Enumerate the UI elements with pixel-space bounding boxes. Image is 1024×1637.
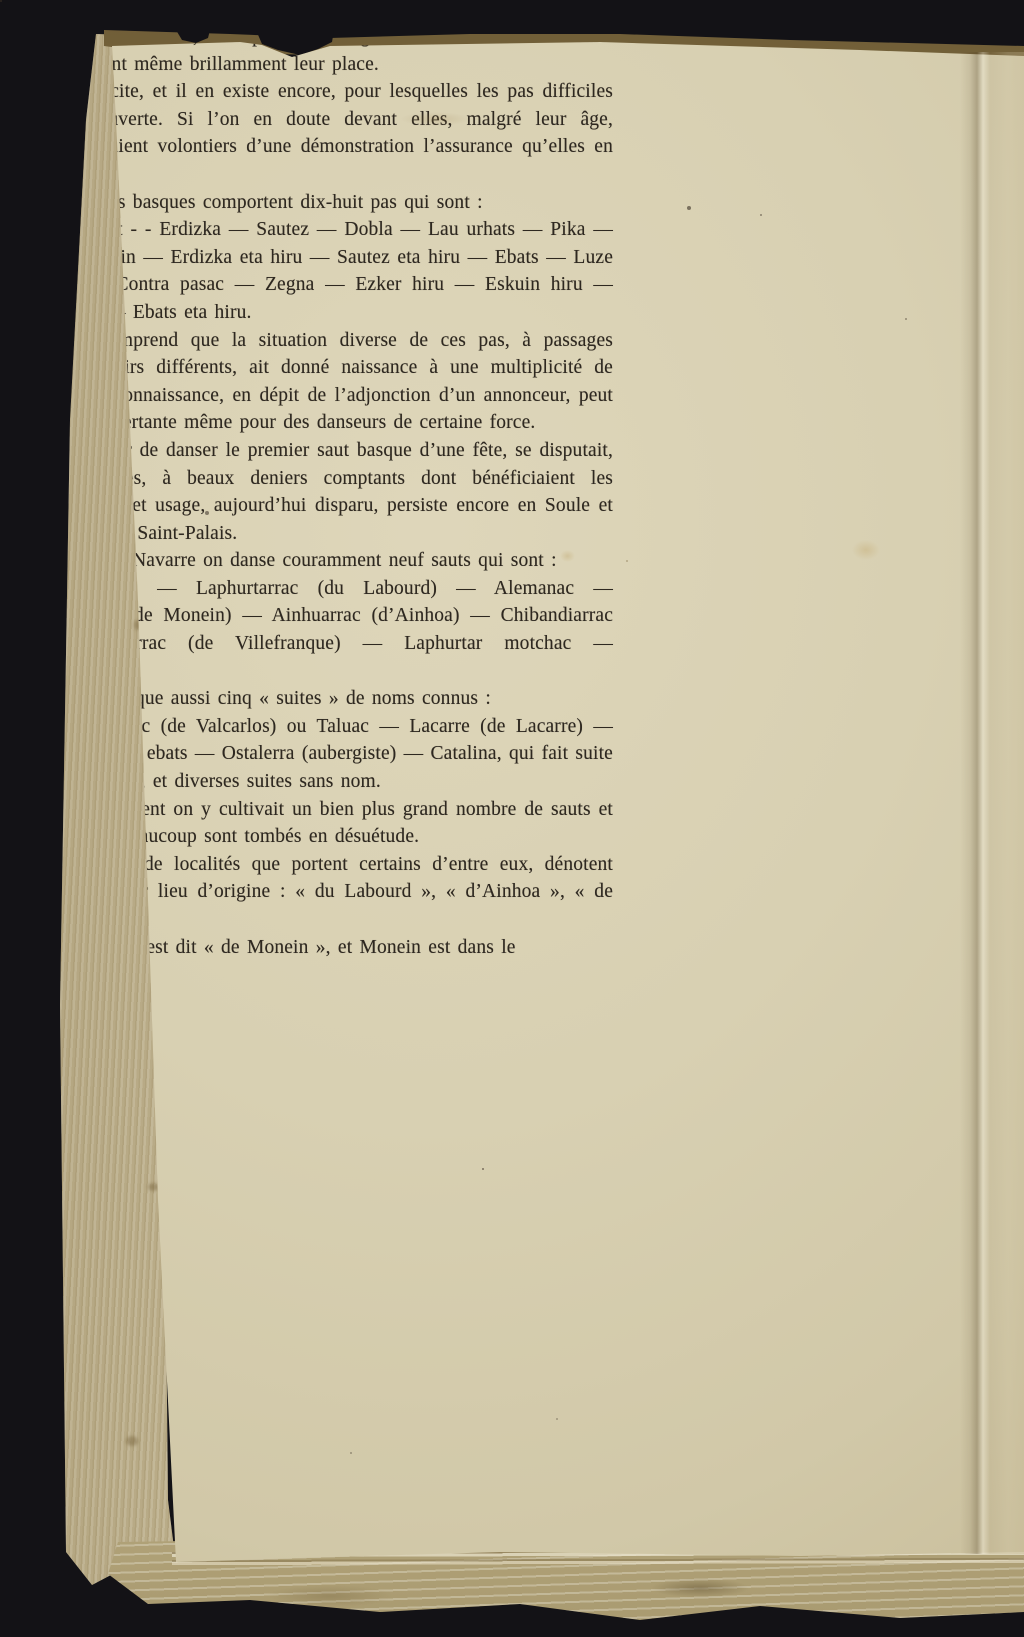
gutter-crease [960,52,1024,1554]
edge-smudge [126,1436,138,1446]
scanned-book-photo: — 28 — toutes les réjouissances, elles p… [0,0,1024,1637]
paper-stain [400,112,470,126]
paper-stain [852,540,880,560]
edge-smudge [148,1183,159,1191]
paper-specks [0,0,2,2]
page-number: — 28 — [0,0,612,23]
paper-stain [560,550,575,562]
